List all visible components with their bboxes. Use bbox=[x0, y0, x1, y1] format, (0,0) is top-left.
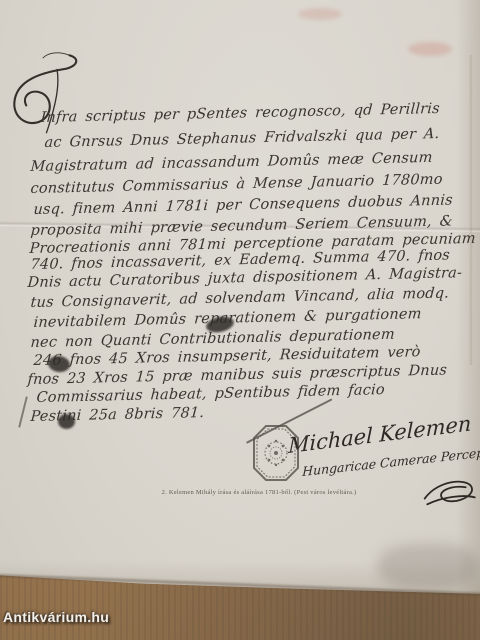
archive-photo: Infra scriptus per pSentes recognosco, q… bbox=[0, 0, 480, 640]
manuscript-line: Pestini 25a 8bris 781. bbox=[30, 405, 205, 425]
paper-stain bbox=[298, 8, 342, 20]
manuscript-line: Infra scriptus per pSentes recognosco, q… bbox=[40, 101, 440, 126]
manuscript-line: ac Gnrsus Dnus Stephanus Fridvalszki qua… bbox=[44, 126, 440, 151]
manuscript-paper: Infra scriptus per pSentes recognosco, q… bbox=[0, 0, 480, 640]
ink-blot bbox=[58, 414, 75, 429]
antikvarium-watermark: Antikvárium.hu bbox=[3, 609, 109, 625]
manuscript-line: Magistratum ad incassandum Domûs meæ Cen… bbox=[30, 150, 433, 175]
pen-flourish-stroke bbox=[18, 396, 28, 428]
fold-crease-vertical bbox=[469, 55, 473, 365]
figure-caption: 2. Kelemen Mihály írása és aláírása 1781… bbox=[38, 489, 480, 496]
ornate-initial-flourish bbox=[6, 48, 94, 140]
paper-stain bbox=[408, 42, 452, 56]
